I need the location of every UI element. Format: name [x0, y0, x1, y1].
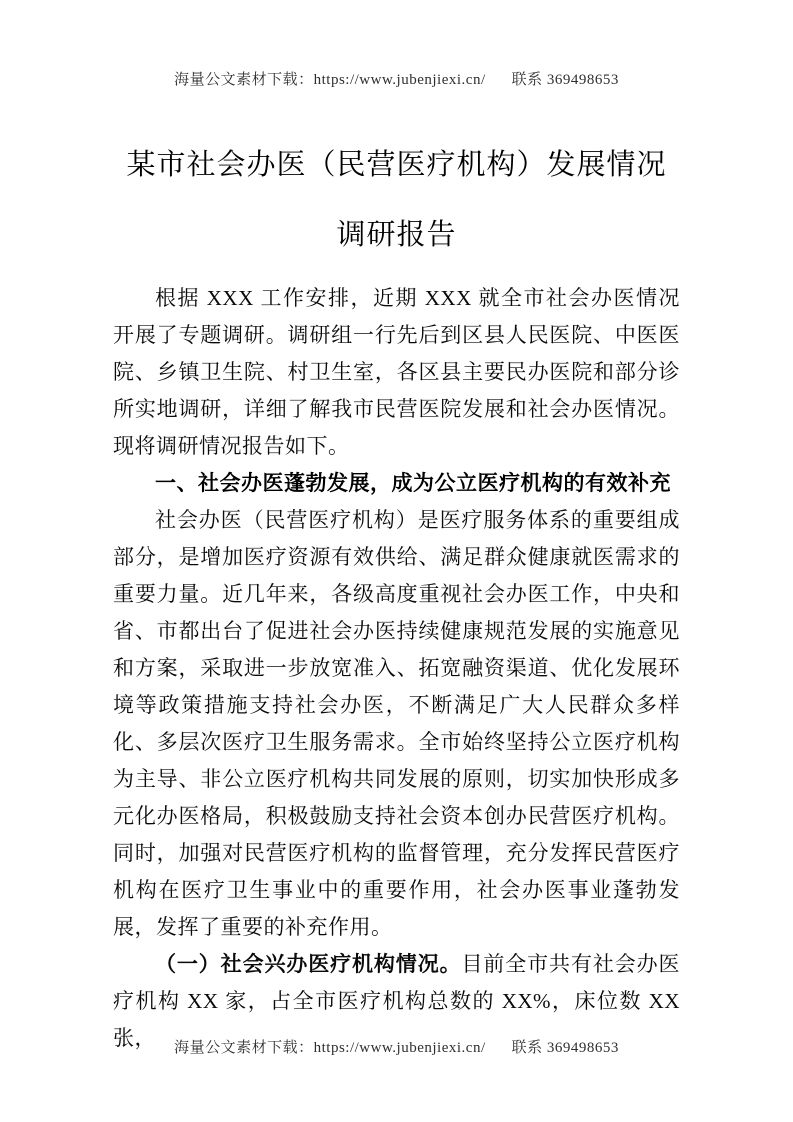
footer-download-label: 海量公文素材下载： — [174, 1040, 314, 1056]
paragraph-intro: 根据 XXX 工作安排，近期 XXX 就全市社会办医情况开展了专题调研。调研组一… — [113, 280, 680, 465]
page-header: 海量公文素材下载：https://www.jubenjiexi.cn/联系 36… — [0, 68, 793, 89]
footer-contact: 联系 369498653 — [512, 1040, 619, 1056]
document-title: 某市社会办医（民营医疗机构）发展情况调研报告 — [113, 130, 680, 270]
header-download-label: 海量公文素材下载： — [174, 72, 314, 88]
section-1-body: 社会办医（民营医疗机构）是医疗服务体系的重要组成部分，是增加医疗资源有效供给、满… — [113, 502, 680, 946]
page-footer: 海量公文素材下载：https://www.jubenjiexi.cn/联系 36… — [0, 1036, 793, 1057]
footer-url: https://www.jubenjiexi.cn/ — [314, 1040, 486, 1056]
subsection-1-lead: （一）社会兴办医疗机构情况。 — [155, 952, 461, 976]
header-url: https://www.jubenjiexi.cn/ — [314, 72, 486, 88]
document-page: 海量公文素材下载：https://www.jubenjiexi.cn/联系 36… — [0, 0, 793, 1122]
section-1-heading: 一、社会办医蓬勃发展，成为公立医疗机构的有效补充 — [113, 465, 680, 502]
header-contact: 联系 369498653 — [512, 72, 619, 88]
